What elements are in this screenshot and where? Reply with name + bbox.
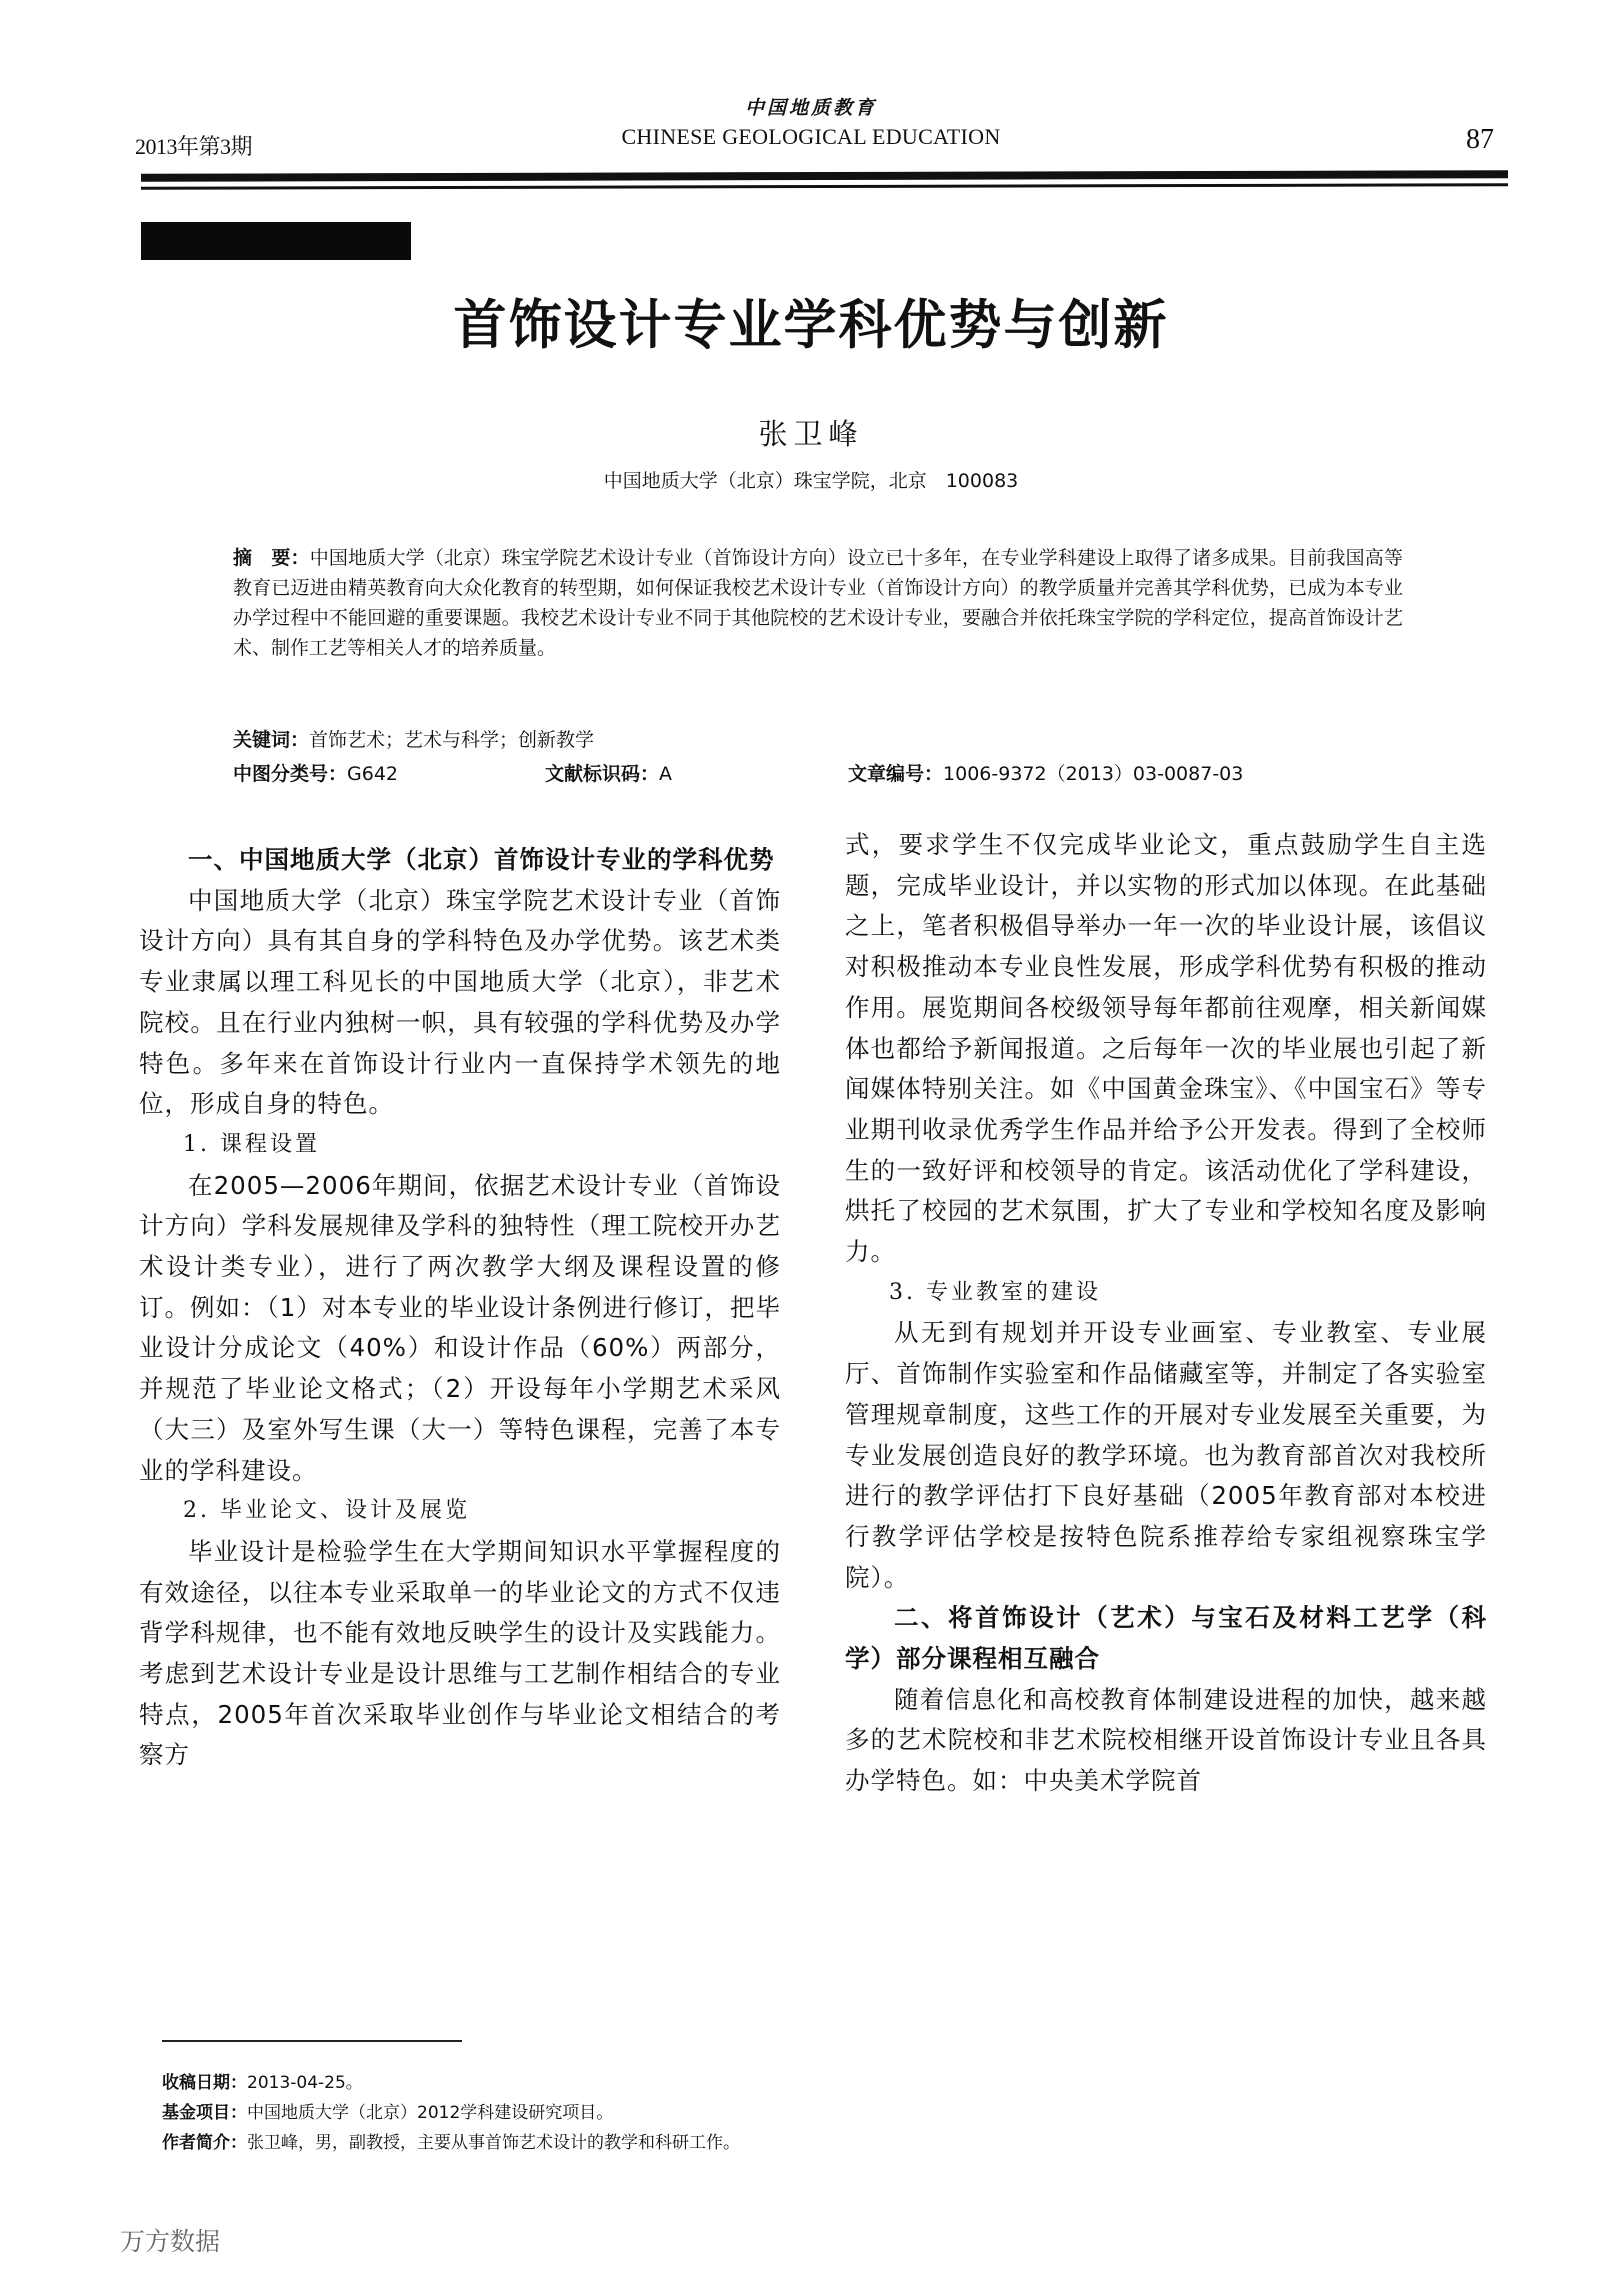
subsection-heading-2: 2. 毕业论文、设计及展览 xyxy=(139,1491,781,1532)
subsection-heading-3: 3. 专业教室的建设 xyxy=(845,1273,1487,1314)
abstract-label: 摘 要： xyxy=(233,547,310,569)
watermark: 万方数据 xyxy=(120,2222,220,2258)
article-no-value: 1006-9372（2013）03-0087-03 xyxy=(943,763,1243,785)
paragraph: 中国地质大学（北京）珠宝学院艺术设计专业（首饰设计方向）具有其自身的学科特色及办… xyxy=(139,881,781,1125)
abstract-text: 中国地质大学（北京）珠宝学院艺术设计专业（首饰设计方向）设立已十多年，在专业学科… xyxy=(233,547,1403,659)
paragraph: 在2005—2006年期间，依据艺术设计专业（首饰设计方向）学科发展规律及学科的… xyxy=(139,1166,781,1492)
clc-value: G642 xyxy=(347,763,398,785)
article-title: 首饰设计专业学科优势与创新 xyxy=(0,283,1622,359)
clc-label: 中图分类号： xyxy=(233,763,347,785)
received-date: 2013-04-25。 xyxy=(247,2073,363,2093)
doc-code-value: A xyxy=(659,763,672,785)
section-heading-1: 一、中国地质大学（北京）首饰设计专业的学科优势 xyxy=(139,840,781,881)
keywords-text: 首饰艺术；艺术与科学；创新教学 xyxy=(309,729,594,751)
section-heading-2: 二、将首饰设计（艺术）与宝石及材料工艺学（科学）部分课程相互融合 xyxy=(845,1598,1487,1679)
bio-text: 张卫峰，男，副教授，主要从事首饰艺术设计的教学和科研工作。 xyxy=(247,2133,740,2153)
footnote-bio: 作者简介：张卫峰，男，副教授，主要从事首饰艺术设计的教学和科研工作。 xyxy=(162,2128,740,2153)
article-number: 文章编号：1006-9372（2013）03-0087-03 xyxy=(848,759,1243,786)
clc-number: 中图分类号：G642 xyxy=(233,759,398,786)
received-label: 收稿日期： xyxy=(162,2073,247,2093)
fund-label: 基金项目： xyxy=(162,2103,247,2123)
footnote-fund: 基金项目：中国地质大学（北京）2012学科建设研究项目。 xyxy=(162,2098,613,2123)
author-name: 张卫峰 xyxy=(0,412,1622,453)
paragraph: 从无到有规划并开设专业画室、专业教室、专业展厅、首饰制作实验室和作品储藏室等，并… xyxy=(845,1313,1487,1598)
paragraph-continued: 式，要求学生不仅完成毕业论文，重点鼓励学生自主选题，完成毕业设计，并以实物的形式… xyxy=(845,825,1487,1273)
document-code: 文献标识码：A xyxy=(545,759,672,786)
body-column-right: 式，要求学生不仅完成毕业论文，重点鼓励学生自主选题，完成毕业设计，并以实物的形式… xyxy=(845,825,1487,1802)
paragraph: 随着信息化和高校教育体制建设进程的加快，越来越多的艺术院校和非艺术院校相继开设首… xyxy=(845,1680,1487,1802)
footnote-rule xyxy=(162,2040,462,2042)
fund-text: 中国地质大学（北京）2012学科建设研究项目。 xyxy=(247,2103,613,2123)
journal-title-en: CHINESE GEOLOGICAL EDUCATION xyxy=(0,124,1622,150)
bio-label: 作者简介： xyxy=(162,2133,247,2153)
abstract: 摘 要：中国地质大学（北京）珠宝学院艺术设计专业（首饰设计方向）设立已十多年，在… xyxy=(233,543,1403,663)
keywords: 关键词：首饰艺术；艺术与科学；创新教学 xyxy=(233,725,594,752)
paragraph: 毕业设计是检验学生在大学期间知识水平掌握程度的有效途径，以往本专业采取单一的毕业… xyxy=(139,1532,781,1776)
doc-code-label: 文献标识码： xyxy=(545,763,659,785)
author-affiliation: 中国地质大学（北京）珠宝学院，北京 100083 xyxy=(0,466,1622,493)
journal-title-cn: 中国地质教育 xyxy=(0,93,1622,120)
subsection-heading-1: 1. 课程设置 xyxy=(139,1125,781,1166)
footnote-received: 收稿日期：2013-04-25。 xyxy=(162,2068,363,2093)
header-rule-thin xyxy=(141,183,1508,190)
redacted-bar xyxy=(141,222,411,260)
keywords-label: 关键词： xyxy=(233,729,309,751)
header-rule-thick xyxy=(141,170,1508,182)
article-no-label: 文章编号： xyxy=(848,763,943,785)
page-number: 87 xyxy=(1466,124,1494,156)
body-column-left: 一、中国地质大学（北京）首饰设计专业的学科优势 中国地质大学（北京）珠宝学院艺术… xyxy=(139,840,781,1776)
